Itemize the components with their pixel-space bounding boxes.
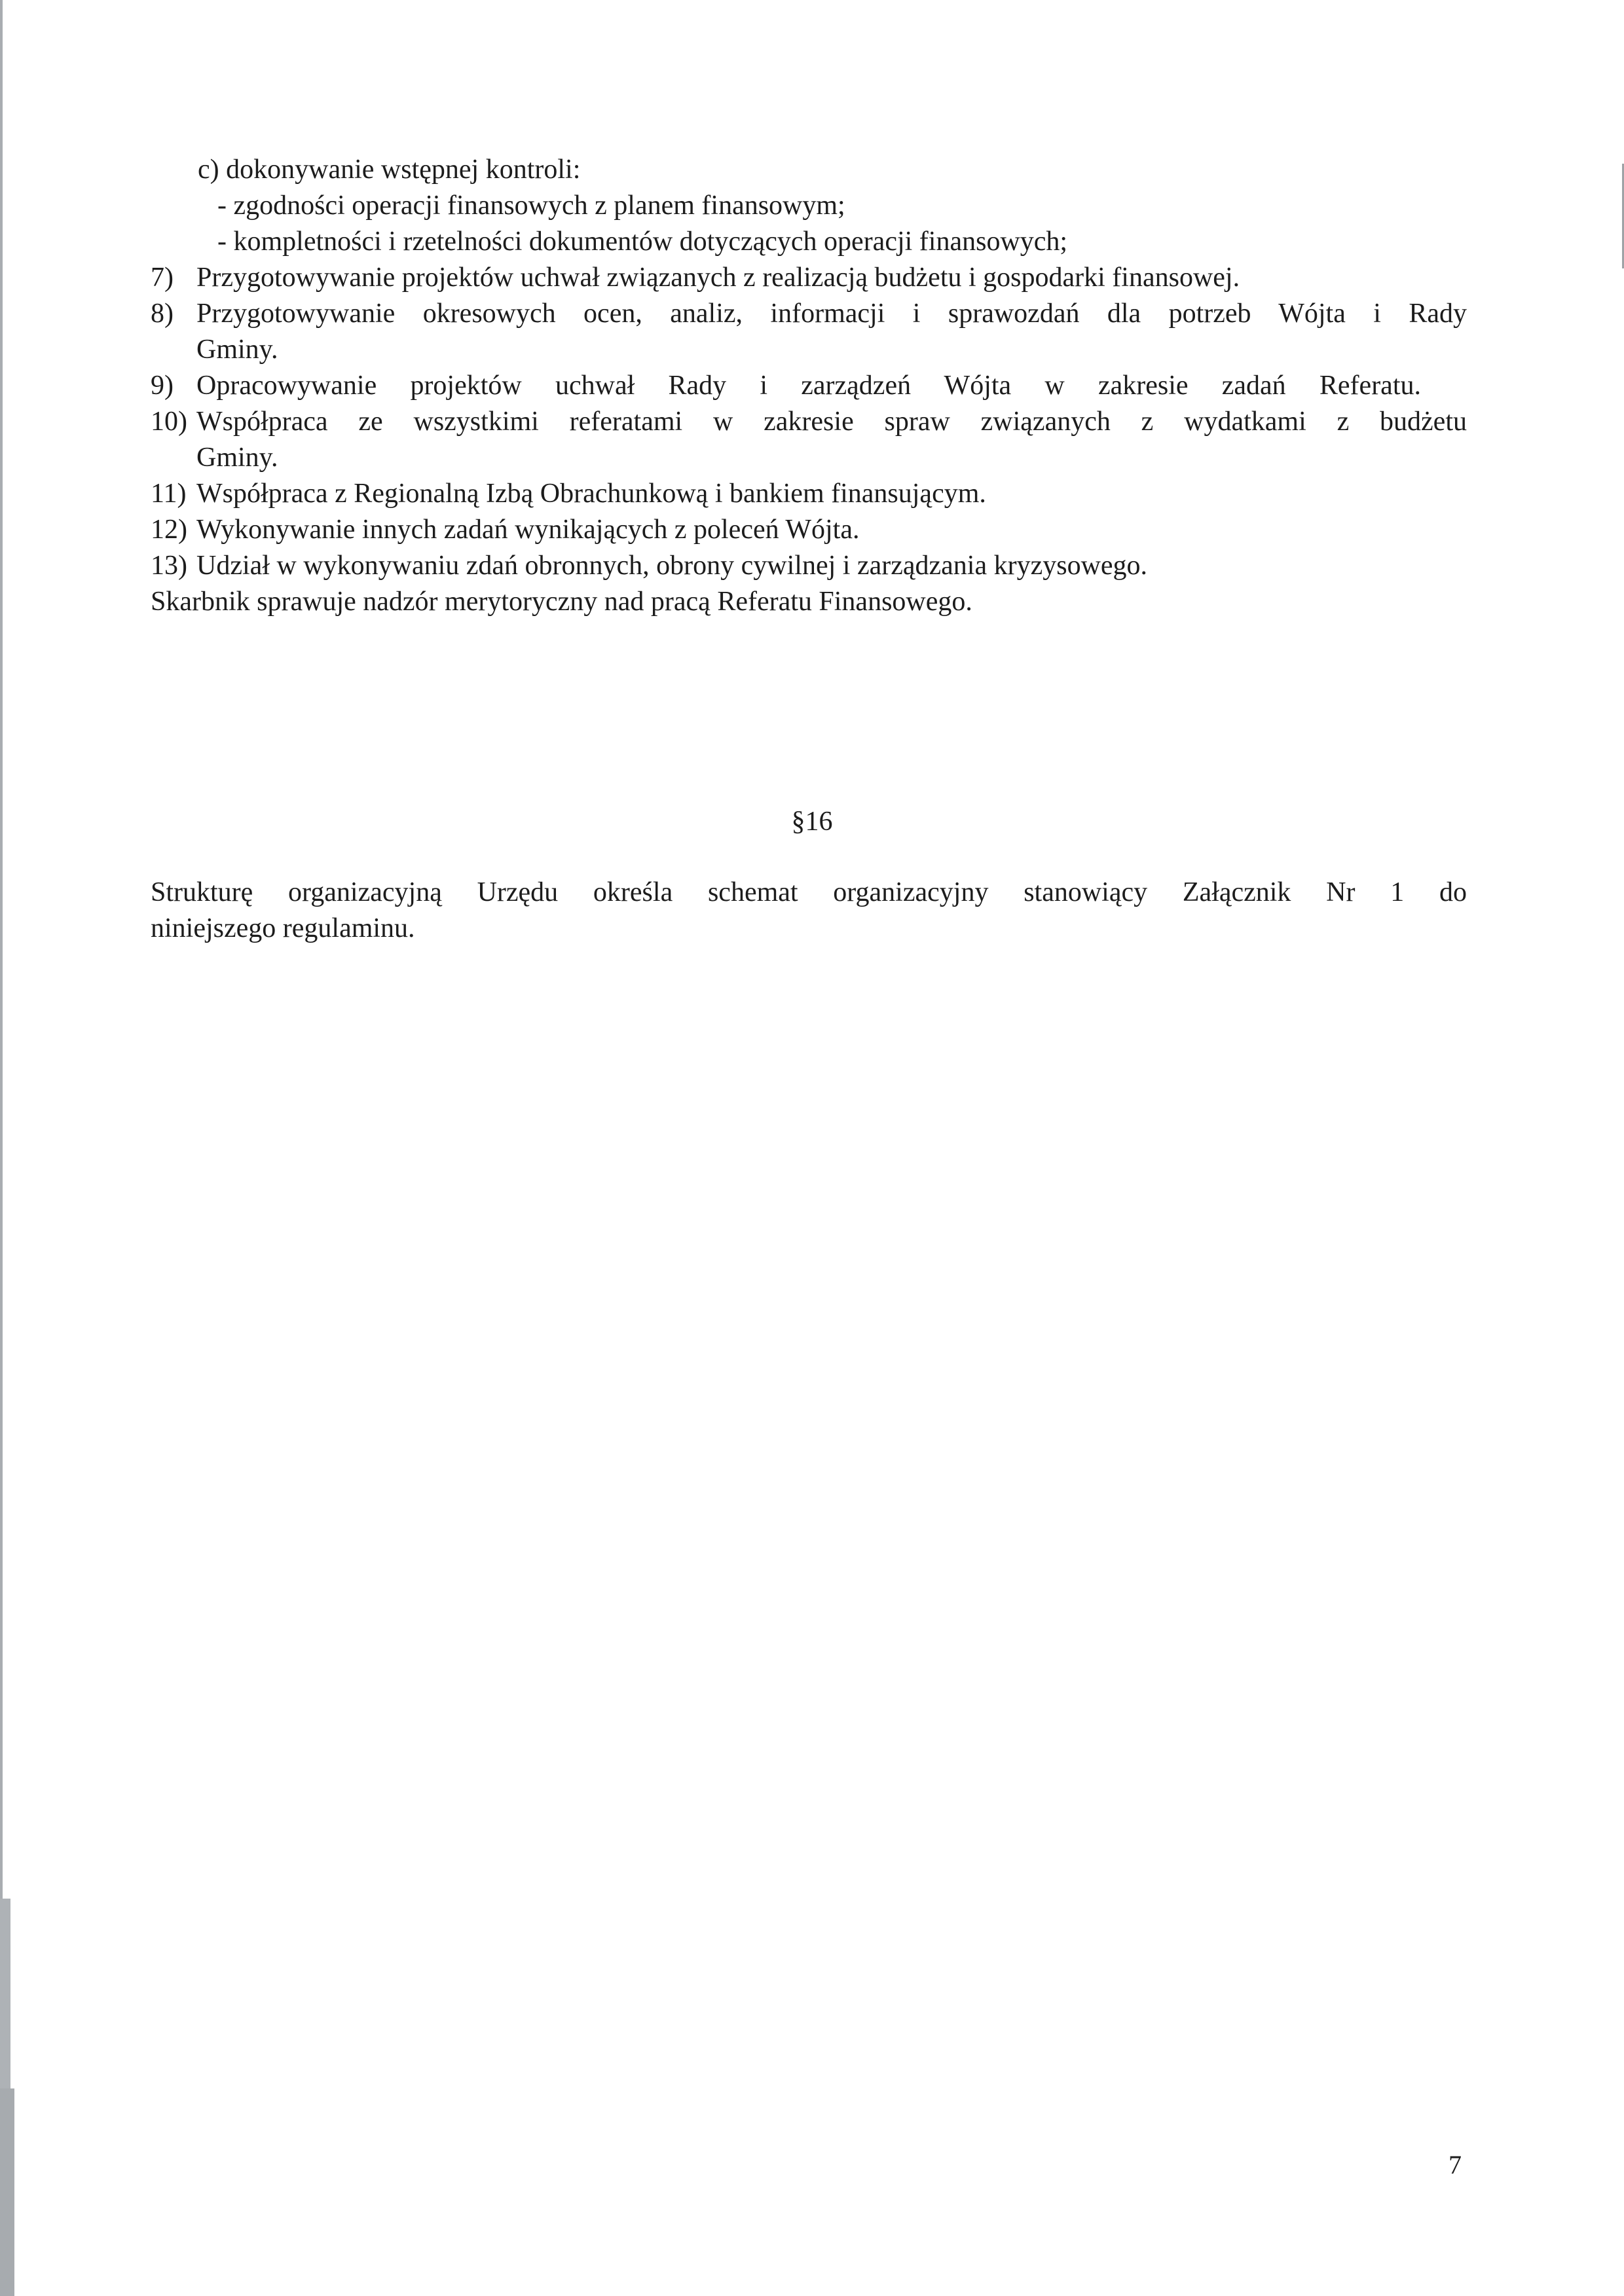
list-item-9: 9) Opracowywanie projektów uchwał Rady i… xyxy=(151,368,1467,404)
dash-item: - kompletności i rzetelności dokumentów … xyxy=(151,224,1467,260)
item-text: Wykonywanie innych zadań wynikających z … xyxy=(196,512,1467,548)
item-number: 13) xyxy=(151,548,196,584)
dash-item: - zgodności operacji finansowych z plane… xyxy=(151,188,1467,224)
list-item-13: 13) Udział w wykonywaniu zdań obronnych,… xyxy=(151,548,1467,584)
document-page: c) dokonywanie wstępnej kontroli: - zgod… xyxy=(151,152,1467,620)
list-item-8: 8) Przygotowywanie okresowych ocen, anal… xyxy=(151,296,1467,368)
item-text: Przygotowywanie okresowych ocen, analiz,… xyxy=(196,296,1467,332)
list-item-10: 10) Współpraca ze wszystkimi referatami … xyxy=(151,404,1467,476)
scan-edge-left-mid xyxy=(0,1899,10,2088)
section-body-line: Strukturę organizacyjną Urzędu określa s… xyxy=(151,875,1467,911)
item-number: 11) xyxy=(151,476,196,512)
section-body-line: niniejszego regulaminu. xyxy=(151,913,415,943)
section-body: Strukturę organizacyjną Urzędu określa s… xyxy=(151,875,1467,947)
section-heading: §16 xyxy=(0,804,1624,840)
item-text-continuation: Gminy. xyxy=(196,443,278,473)
item-number: 8) xyxy=(151,296,196,368)
list-item-7: 7) Przygotowywanie projektów uchwał zwią… xyxy=(151,260,1467,296)
closing-paragraph: Skarbnik sprawuje nadzór merytoryczny na… xyxy=(151,584,1467,620)
item-number: 7) xyxy=(151,260,196,296)
item-number: 10) xyxy=(151,404,196,476)
list-item-11: 11) Współpraca z Regionalną Izbą Obrachu… xyxy=(151,476,1467,512)
item-text: Przygotowywanie projektów uchwał związan… xyxy=(196,260,1467,296)
scan-edge-left xyxy=(0,0,3,1899)
item-text: Udział w wykonywaniu zdań obronnych, obr… xyxy=(196,548,1467,584)
item-text: Współpraca z Regionalną Izbą Obrachunkow… xyxy=(196,476,1467,512)
list-item-12: 12) Wykonywanie innych zadań wynikającyc… xyxy=(151,512,1467,548)
item-number: 9) xyxy=(151,368,196,404)
item-text: Opracowywanie projektów uchwał Rady i za… xyxy=(196,368,1421,404)
item-text: Współpraca ze wszystkimi referatami w za… xyxy=(196,404,1467,440)
scan-edge-left-bottom xyxy=(0,2088,14,2296)
page-number: 7 xyxy=(1449,2149,1462,2181)
subpoint-c-heading: c) dokonywanie wstępnej kontroli: xyxy=(151,152,1467,188)
item-text-continuation: Gminy. xyxy=(196,335,278,365)
item-number: 12) xyxy=(151,512,196,548)
